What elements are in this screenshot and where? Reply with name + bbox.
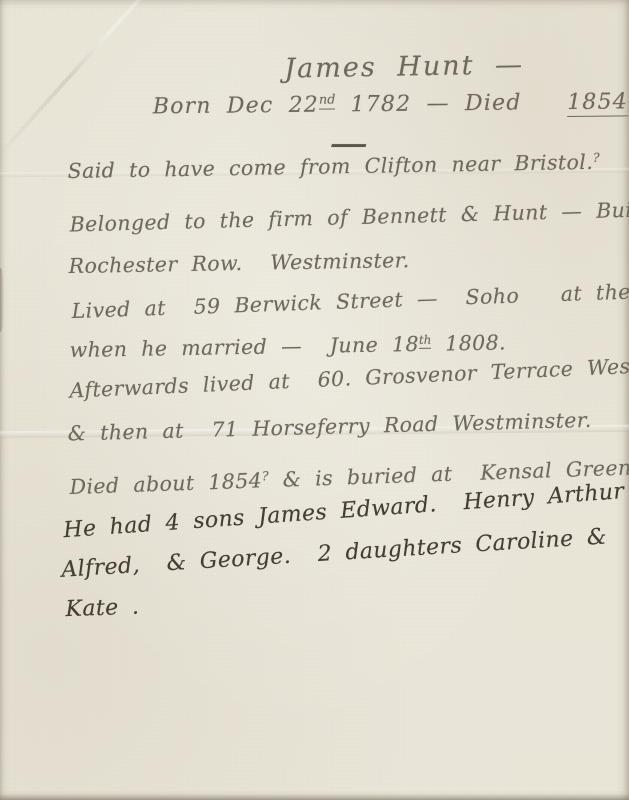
death-year-underlined: 1854 xyxy=(567,89,628,117)
paper-edge-nick xyxy=(0,268,4,332)
vitals-mid: 1782 — Died xyxy=(335,90,567,117)
note-text: Kate . xyxy=(65,595,140,623)
query-superscript: ? xyxy=(593,150,600,164)
scanned-handwritten-note: James Hunt — Born Dec 22nd 1782 — Died 1… xyxy=(0,0,629,800)
note-text: Alfred, & George. 2 daughters Caroline & xyxy=(61,524,608,582)
note-line-dark-ink: Kate . xyxy=(11,570,141,649)
